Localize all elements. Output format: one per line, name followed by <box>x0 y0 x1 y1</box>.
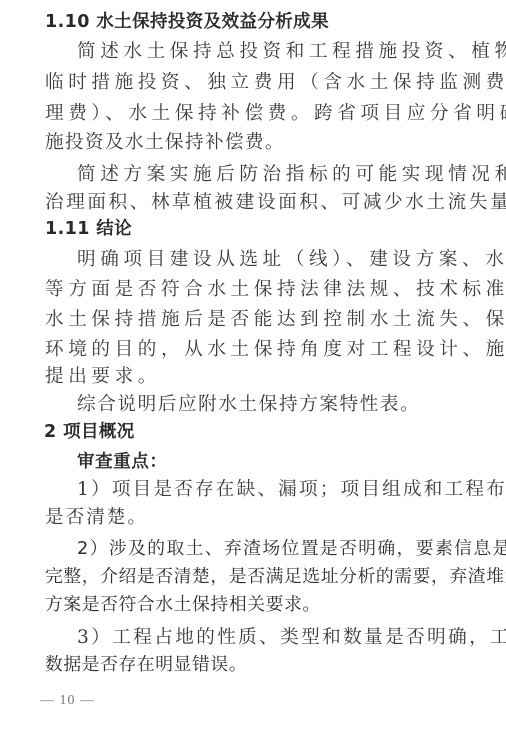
paragraph-line: 综合说明后应附水土保持方案特性表。 <box>77 393 457 417</box>
paragraph-line: 3）工程占地的性质、类型和数量是否明确，工程占地 <box>77 626 457 650</box>
paragraph-line: 简述方案实施后防治指标的可能实现情况和水土流失 <box>77 163 457 187</box>
paragraph-line: 1）项目是否存在缺、漏项；项目组成和工程布置介绍 <box>77 478 457 502</box>
paragraph-line: 数据是否存在明显错误。 <box>45 653 457 677</box>
paragraph-line: 施投资及水土保持补偿费。 <box>45 131 457 155</box>
paragraph-line: 等方面是否符合水土保持法律法规、技术标准的规定，实施 <box>45 278 457 302</box>
paragraph-line: 水土保持措施后是否能达到控制水土流失、保护和恢复生态 <box>45 308 457 332</box>
paragraph-line: 提出要求。 <box>45 365 457 389</box>
review-focus-heading: 审查重点： <box>77 450 457 474</box>
paragraph-line: 临时措施投资、独立费用（含水土保持监测费、水土保持监 <box>45 71 457 95</box>
paragraph-line: 明确项目建设从选址（线）、建设方案、水土流失防治 <box>77 248 457 272</box>
paragraph-line: 理费）、水土保持补偿费。跨省项目应分省明确水土保持措 <box>45 102 457 126</box>
section-heading-1-11: 1.11 结论 <box>45 217 457 241</box>
paragraph-line: 治理面积、林草植被建设面积、可减少水土流失量等指标。 <box>45 191 457 215</box>
paragraph-line: 简述水土保持总投资和工程措施投资、植物措施投资、 <box>77 40 457 64</box>
paragraph-line: 环境的目的，从水土保持角度对工程设计、施工和建设管理 <box>45 338 457 362</box>
page-number: — 10 — <box>40 693 95 709</box>
section-heading-1-10: 1.10 水土保持投资及效益分析成果 <box>45 10 457 34</box>
paragraph-line: 方案是否符合水土保持相关要求。 <box>45 593 457 617</box>
paragraph-line: 完整，介绍是否清楚，是否满足选址分析的需要，弃渣堆置 <box>45 565 457 589</box>
paragraph-line: 2）涉及的取土、弃渣场位置是否明确，要素信息是否 <box>77 537 457 561</box>
paragraph-line: 是否清楚。 <box>45 506 457 530</box>
section-heading-2: 2 项目概况 <box>44 420 456 444</box>
